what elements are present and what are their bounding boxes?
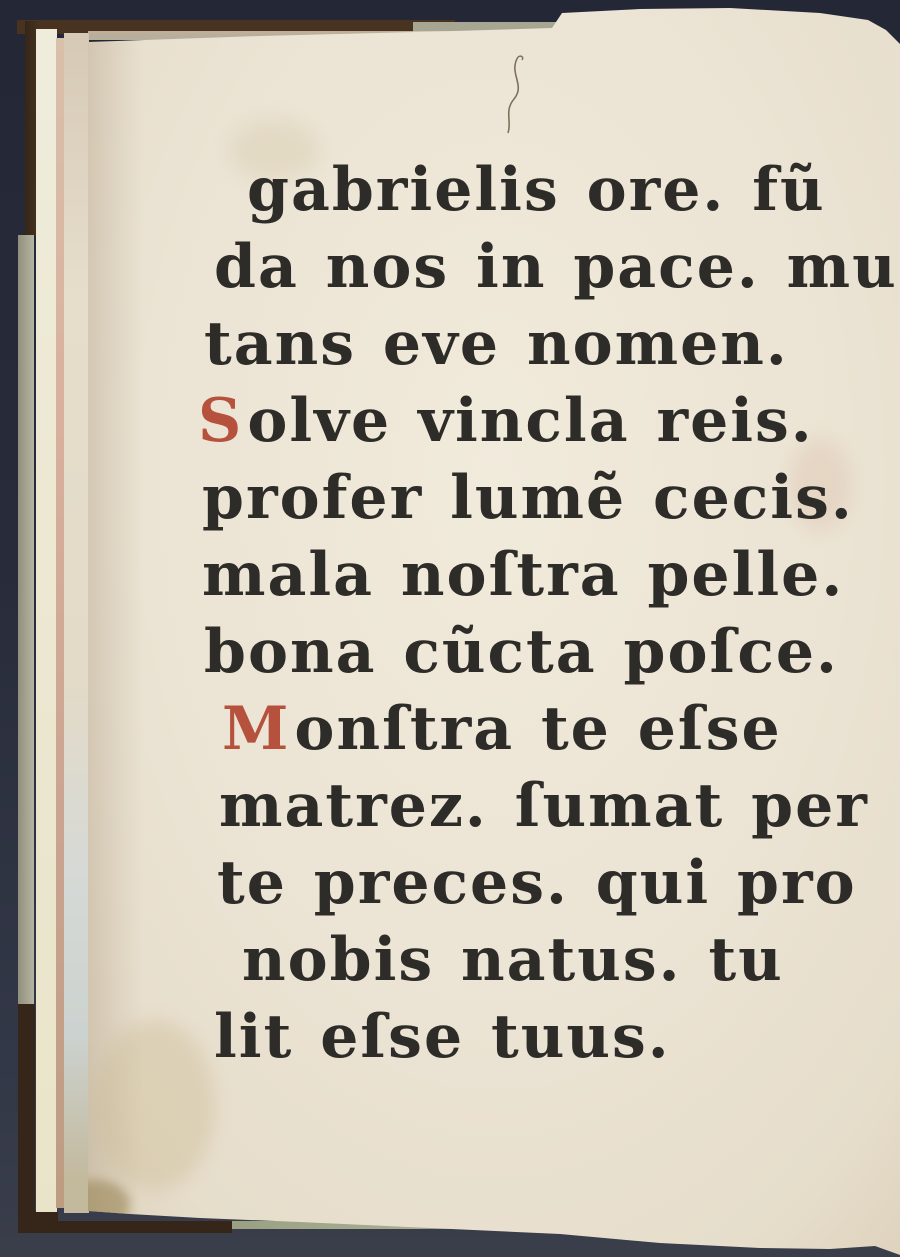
manuscript-line: bona cũcta poſce. [0,614,900,691]
manuscript-line: nobis natus. tu [0,922,900,999]
line-text: da nos in pace. mu [214,232,898,302]
manuscript-line: profer lumẽ cecis. [0,460,900,537]
flyleaf-edge [36,29,57,1212]
manuscript-line: te preces. qui pro [0,845,900,922]
line-text: matrez. ſumat per [219,771,869,841]
manuscript-line: mala noſtra pelle. [0,537,900,614]
manuscript-line: gabrielis ore. fũ [0,152,900,229]
text-block: gabrielis ore. fũ da nos in pace. mu tan… [0,152,900,1076]
cloth-band-left [18,235,34,1005]
manuscript-page: gabrielis ore. fũ da nos in pace. mu tan… [0,0,900,1257]
line-text: lit eſse tuus. [214,1002,671,1072]
rubric-initial: S [198,386,243,456]
line-text: gabrielis ore. fũ [247,155,826,225]
line-text: nobis natus. tu [242,925,784,995]
manuscript-line: Solve vincla reis. [0,383,900,460]
manuscript-line: lit eſse tuus. [0,999,900,1076]
book-cover-edge-left-bottom [18,1004,35,1233]
line-text: tans eve nomen. [204,309,789,379]
rubric-initial: M [222,694,290,764]
line-text: onſtra te eſse [294,694,781,764]
line-text: mala noſtra pelle. [202,540,844,610]
line-text: olve vincla reis. [247,386,813,456]
manuscript-line: Monſtra te eſse [0,691,900,768]
manuscript-line: matrez. ſumat per [0,768,900,845]
page-edge-stack [64,33,89,1213]
hair-fiber [488,55,532,135]
line-text: bona cũcta poſce. [204,617,839,687]
manuscript-line: da nos in pace. mu [0,229,900,306]
manuscript-line: tans eve nomen. [0,306,900,383]
book-cover-corner-notch [34,1211,58,1223]
line-text: profer lumẽ cecis. [202,463,854,533]
line-text: te preces. qui pro [217,848,857,918]
